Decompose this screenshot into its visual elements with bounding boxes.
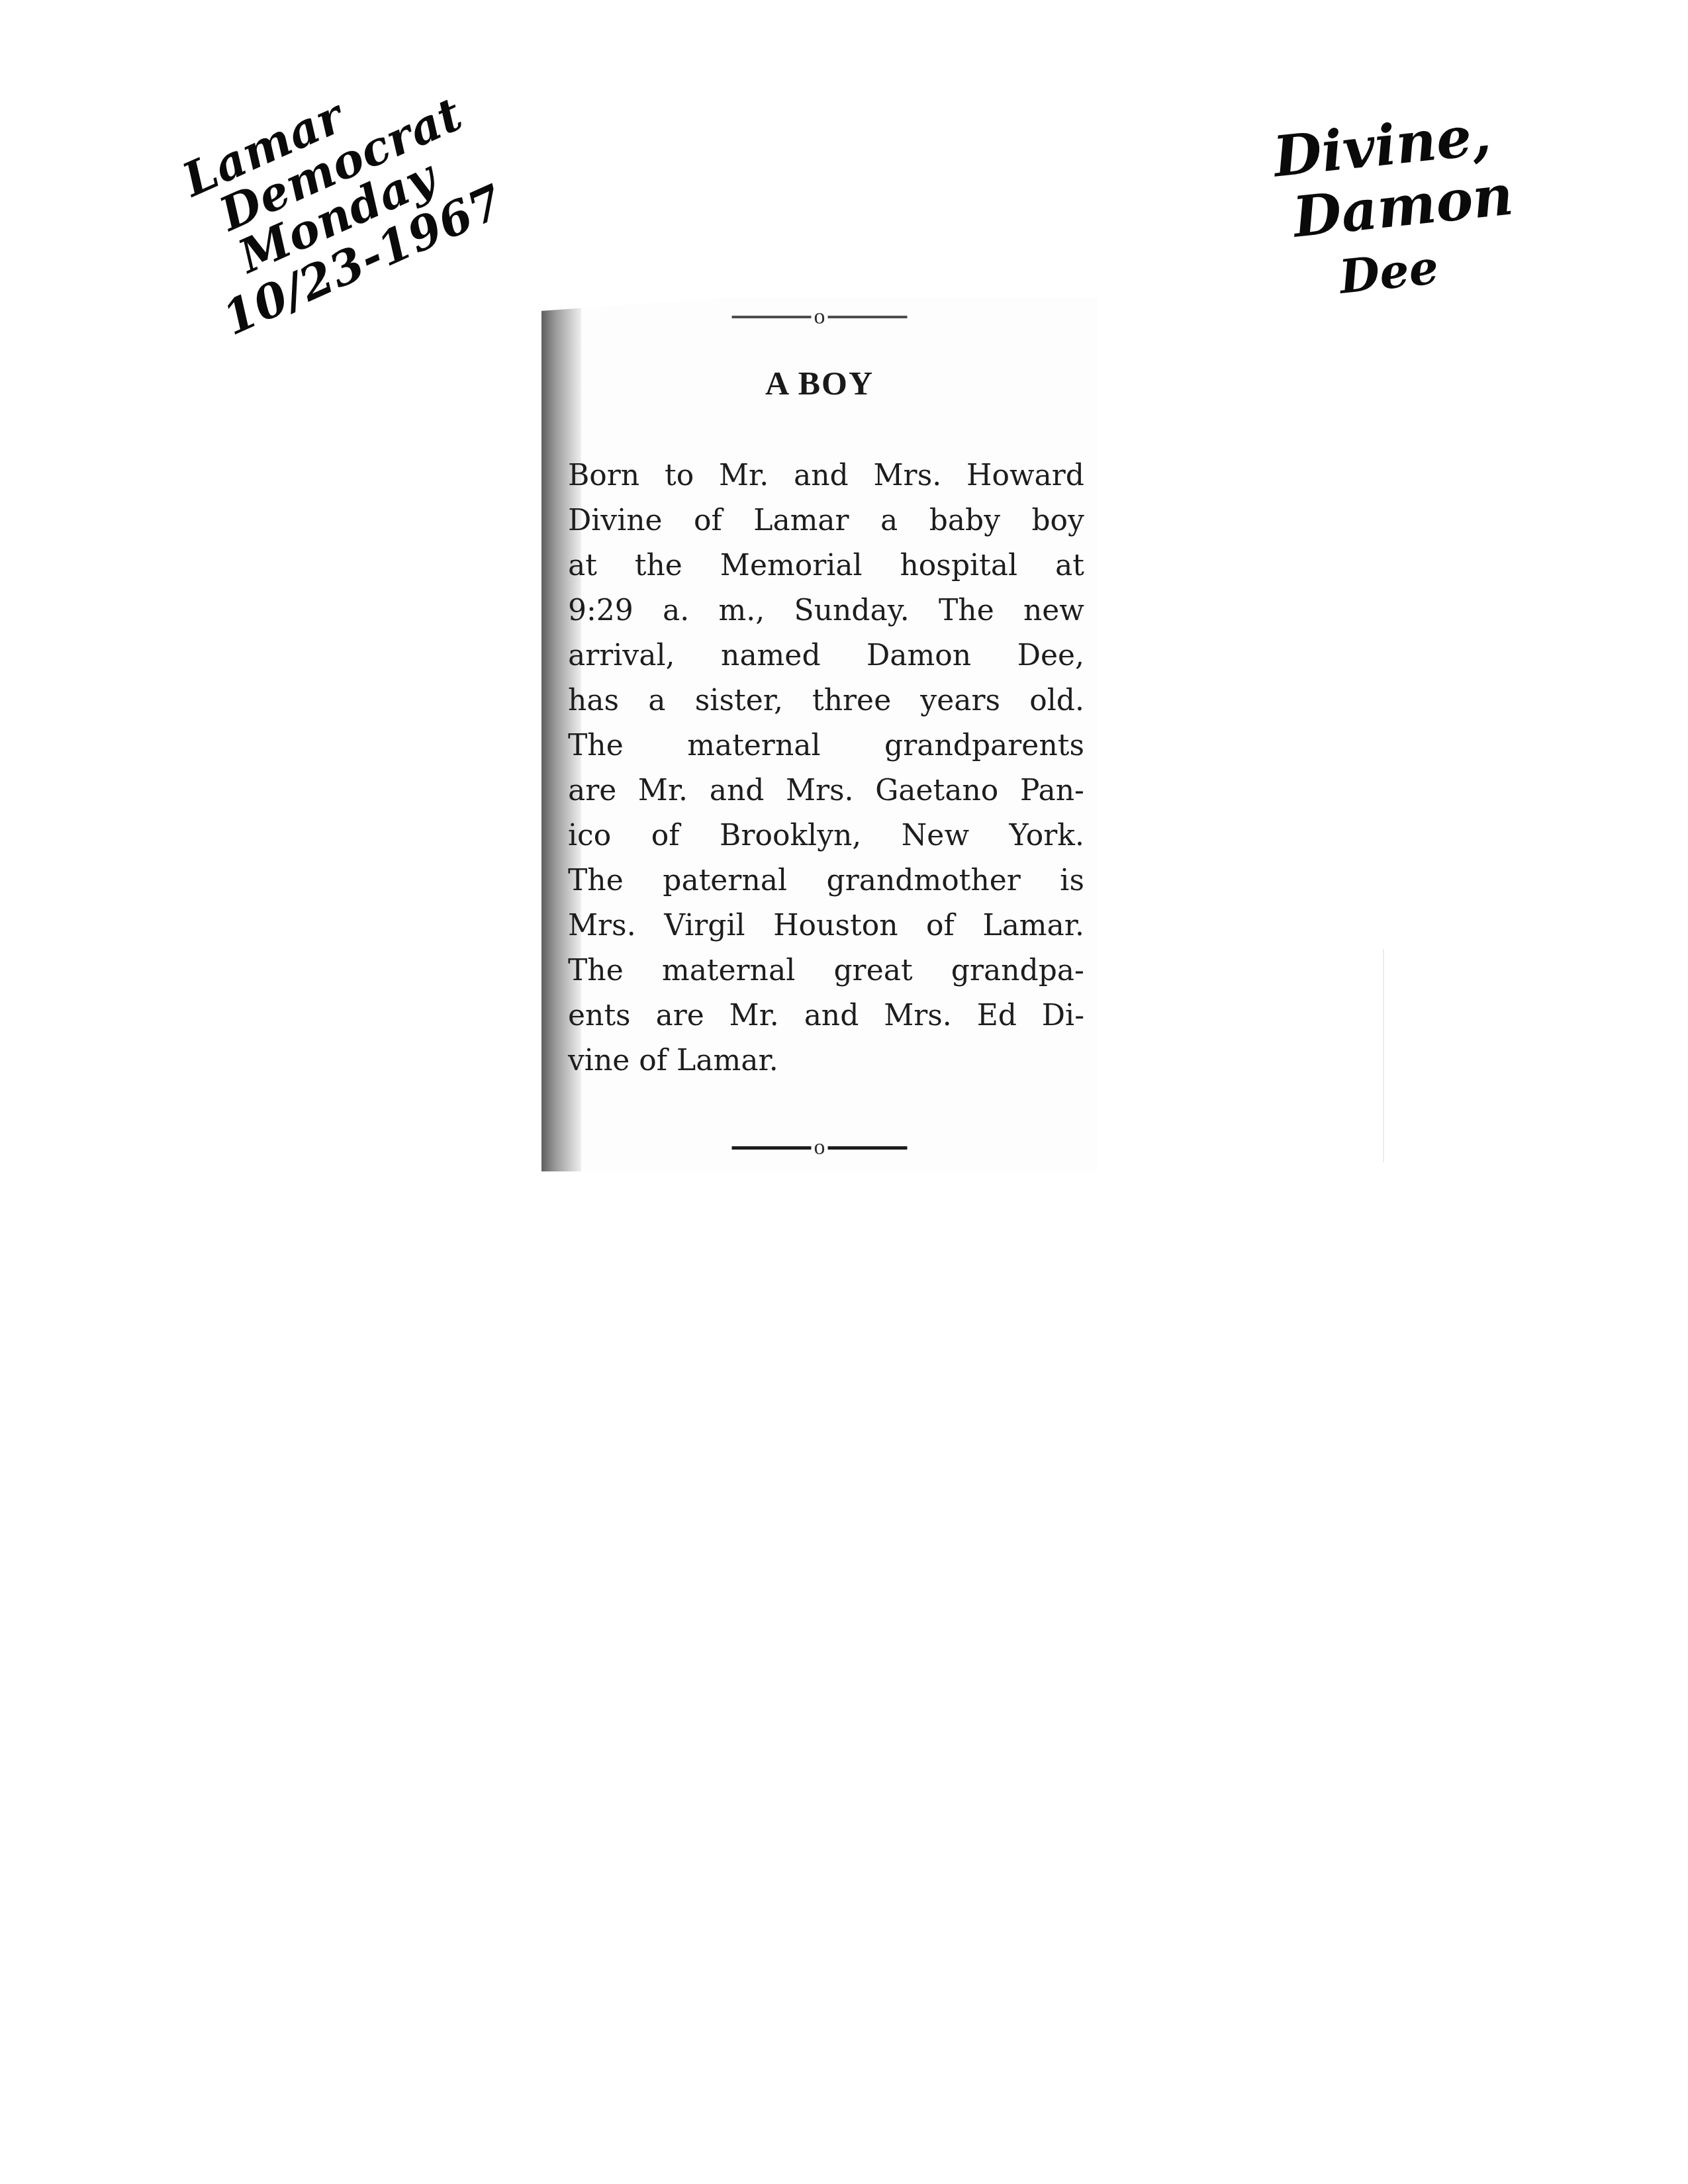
word: Mr. (638, 768, 688, 813)
word: grandparents (884, 723, 1084, 768)
word: Gaetano (875, 768, 998, 813)
word: to (665, 453, 694, 498)
word: Mr. (719, 453, 769, 498)
body-line: ico of Brooklyn, New York. (568, 813, 1084, 858)
word: Virgil (664, 903, 745, 948)
word: baby (929, 498, 1000, 543)
word: sister, (695, 678, 783, 723)
rule-bar (732, 316, 812, 318)
rule-bar (828, 316, 908, 318)
word: maternal (687, 723, 820, 768)
word: Lamar (753, 498, 849, 543)
word: m., (719, 588, 765, 633)
word: great (833, 948, 912, 993)
word: Damon (867, 633, 971, 678)
word: three (812, 678, 891, 723)
word: York. (1009, 813, 1084, 858)
body-line: arrival, named Damon Dee, (568, 633, 1084, 678)
word: and (804, 993, 859, 1038)
word: arrival, (568, 633, 675, 678)
word: of (651, 813, 680, 858)
body-line: ents are Mr. and Mrs. Ed Di- (568, 993, 1084, 1038)
word: ico (568, 813, 611, 858)
word: Houston (773, 903, 898, 948)
word: is (1060, 858, 1084, 903)
bottom-divider-rule: o (732, 1135, 908, 1160)
word: are (655, 993, 704, 1038)
word: at (568, 543, 597, 588)
word: boy (1031, 498, 1084, 543)
word: and (710, 768, 765, 813)
body-line: Divine of Lamar a baby boy (568, 498, 1084, 543)
word: Memorial (720, 543, 863, 588)
word: The (568, 858, 624, 903)
word: 9:29 (568, 588, 633, 633)
body-line: Mrs. Virgil Houston of Lamar. (568, 903, 1084, 948)
body-line: has a sister, three years old. (568, 678, 1084, 723)
word: Mrs. (786, 768, 854, 813)
word: Lamar. (982, 903, 1084, 948)
handwritten-name-note: Divine, Damon Dee (1244, 105, 1522, 309)
word: Sunday. (794, 588, 909, 633)
word: The (568, 723, 624, 768)
word: a (648, 678, 665, 723)
word: has (568, 678, 619, 723)
note-middle-name: Dee (1337, 236, 1522, 300)
word: paternal (663, 858, 787, 903)
word: Brooklyn, (720, 813, 861, 858)
body-line: 9:29 a. m., Sunday. The new (568, 588, 1084, 633)
word: maternal (662, 948, 795, 993)
word: Mrs. (874, 453, 942, 498)
word: the (635, 543, 682, 588)
word: old. (1029, 678, 1084, 723)
clipping-headline: A BOY (541, 364, 1098, 402)
word: of (926, 903, 955, 948)
top-divider-rule: o (732, 304, 908, 330)
rule-ornament: o (814, 304, 825, 330)
body-line: Born to Mr. and Mrs. Howard (568, 453, 1084, 498)
word: a. (663, 588, 689, 633)
rule-bar (732, 1146, 812, 1150)
word: ents (568, 993, 631, 1038)
body-line: The maternal grandparents (568, 723, 1084, 768)
word: Howard (966, 453, 1084, 498)
word: Ed (977, 993, 1017, 1038)
word: The (939, 588, 994, 633)
word: Pan- (1020, 768, 1084, 813)
word: Born (568, 453, 639, 498)
word: a (880, 498, 898, 543)
clipping-body: Born to Mr. and Mrs. Howard Divine of La… (568, 453, 1084, 1083)
word: New (902, 813, 969, 858)
body-line: The maternal great grandpa- (568, 948, 1084, 993)
word: grandpa- (951, 948, 1084, 993)
word: and (794, 453, 849, 498)
rule-ornament: o (814, 1135, 825, 1160)
word: of (639, 1038, 667, 1083)
body-line: The paternal grandmother is (568, 858, 1084, 903)
word: new (1023, 588, 1084, 633)
word: Mrs. (568, 903, 636, 948)
word: Mr. (729, 993, 779, 1038)
body-line: at the Memorial hospital at (568, 543, 1084, 588)
word: The (568, 948, 624, 993)
word: Lamar. (677, 1038, 778, 1083)
scan-edge-line (1383, 949, 1384, 1162)
word: Di- (1042, 993, 1084, 1038)
word: of (694, 498, 722, 543)
handwritten-source-note: Lamar Democrat Monday 10/23-1967 (152, 47, 510, 345)
word: grandmother (827, 858, 1021, 903)
word: vine (568, 1038, 630, 1083)
word: Mrs. (884, 993, 952, 1038)
word: hospital (900, 543, 1017, 588)
word: are (568, 768, 616, 813)
word: named (721, 633, 821, 678)
word: Dee, (1017, 633, 1084, 678)
newspaper-clipping: o A BOY Born to Mr. and Mrs. Howard Divi… (541, 298, 1098, 1171)
word: at (1055, 543, 1084, 588)
word: years (920, 678, 1000, 723)
body-line: are Mr. and Mrs. Gaetano Pan- (568, 768, 1084, 813)
body-line: vine of Lamar. (568, 1038, 1084, 1083)
rule-bar (828, 1146, 908, 1150)
word: Divine (568, 498, 663, 543)
